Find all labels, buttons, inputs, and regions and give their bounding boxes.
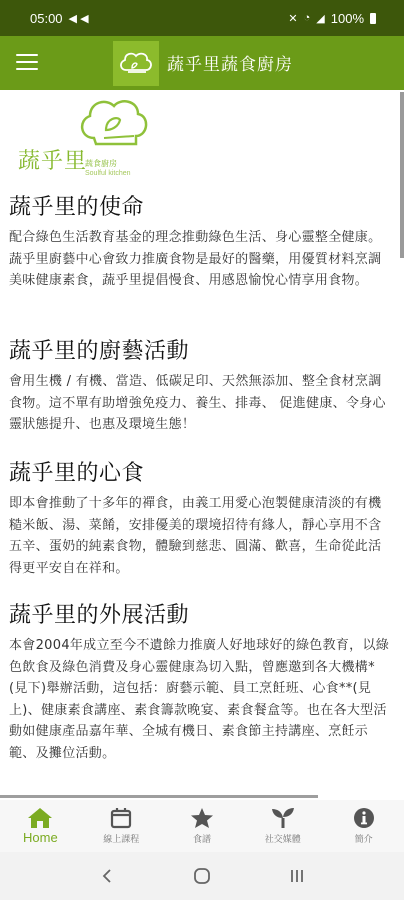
main-content[interactable]: 蔬乎里 蔬食廚房 Soulful kitchen 蔬乎里的使命 配合綠色生活教育… [0, 90, 404, 800]
nav-label: 社交媒體 [265, 832, 301, 845]
section-title: 蔬乎里的心食 [9, 456, 393, 487]
hamburger-line [16, 61, 38, 63]
hamburger-line [16, 68, 38, 70]
info-icon [353, 807, 375, 829]
nav-label: 食譜 [193, 832, 211, 845]
sprout-icon [271, 807, 295, 829]
horizontal-scrollbar[interactable] [0, 795, 318, 798]
nav-label: 線上課程 [103, 832, 139, 845]
wifi-icon: ◔ [304, 12, 311, 24]
back-button[interactable] [87, 861, 127, 891]
app-title: 蔬乎里蔬食廚房 [167, 50, 293, 75]
section-body: 本會2004年成立至今不遺餘力推廣人好地球好的綠色教育，以綠色飲食及綠色消費及身… [9, 635, 393, 764]
recents-icon [289, 868, 305, 884]
section-title: 蔬乎里的外展活動 [9, 598, 393, 629]
section-body: 會用生機 / 有機、當造、低碳足印、天然無添加、整全食材烹調食物。這不單有助增強… [9, 371, 393, 436]
nav-label: Home [23, 830, 58, 845]
home-icon [27, 807, 53, 829]
recents-button[interactable] [277, 861, 317, 891]
calendar-icon [110, 807, 132, 829]
section-mindful-food: 蔬乎里的心食 即本會推動了十多年的禪食，由義工用愛心泡製健康清淡的有機糙米飯、湯… [9, 456, 393, 579]
section-outreach: 蔬乎里的外展活動 本會2004年成立至今不遺餘力推廣人好地球好的綠色教育，以綠色… [9, 598, 393, 764]
status-bar: 05:00 ◀ ◀ ✕ ◔ ◢ 100% [0, 0, 404, 36]
app-bar: 蔬乎里蔬食廚房 [0, 36, 404, 90]
nav-item-recipes[interactable]: 食譜 [162, 800, 243, 852]
home-system-button[interactable] [182, 861, 222, 891]
battery-icon [370, 13, 376, 24]
mute-icon: ✕ [288, 12, 297, 25]
status-time: 05:00 [30, 11, 63, 26]
section-body: 配合綠色生活教育基金的理念推動綠色生活、身心靈整全健康。蔬乎里廚藝中心會致力推廣… [9, 227, 393, 292]
nav-item-online-courses[interactable]: 線上課程 [81, 800, 162, 852]
home-circle-icon [193, 867, 211, 885]
hamburger-line [16, 54, 38, 56]
section-title: 蔬乎里的使命 [9, 190, 393, 221]
brand-name: 蔬乎里 [18, 144, 87, 175]
battery-percentage: 100% [331, 11, 364, 26]
bottom-nav: Home 線上課程 食譜 社交媒體 簡介 [0, 800, 404, 852]
status-left: 05:00 ◀ ◀ [30, 11, 89, 26]
status-right: ✕ ◔ ◢ 100% [288, 11, 376, 26]
star-icon [190, 807, 214, 829]
back-icon [101, 868, 113, 884]
chef-hat-leaf-icon [76, 96, 150, 152]
nav-label: 簡介 [355, 832, 373, 845]
brand-subtitle: 蔬食廚房 [85, 158, 117, 169]
nav-item-about[interactable]: 簡介 [323, 800, 404, 852]
signal-icon: ◢ [316, 12, 324, 25]
section-title: 蔬乎里的廚藝活動 [9, 334, 393, 365]
section-cooking-activities: 蔬乎里的廚藝活動 會用生機 / 有機、當造、低碳足印、天然無添加、整全食材烹調食… [9, 334, 393, 436]
vertical-scrollbar[interactable] [400, 92, 404, 258]
brand-english: Soulful kitchen [85, 170, 131, 177]
section-mission: 蔬乎里的使命 配合綠色生活教育基金的理念推動綠色生活、身心靈整全健康。蔬乎里廚藝… [9, 190, 393, 292]
section-body: 即本會推動了十多年的禪食，由義工用愛心泡製健康清淡的有機糙米飯、湯、菜餚，安排優… [9, 493, 393, 579]
app-logo [113, 41, 159, 86]
system-nav-bar [0, 852, 404, 900]
chef-hat-icon [118, 50, 154, 78]
navigation-arrow-icon: ◀ ◀ [69, 12, 89, 25]
menu-button[interactable] [16, 51, 38, 73]
nav-item-home[interactable]: Home [0, 800, 81, 852]
nav-item-social-media[interactable]: 社交媒體 [242, 800, 323, 852]
brand-logo: 蔬乎里 蔬食廚房 Soulful kitchen [14, 96, 154, 180]
